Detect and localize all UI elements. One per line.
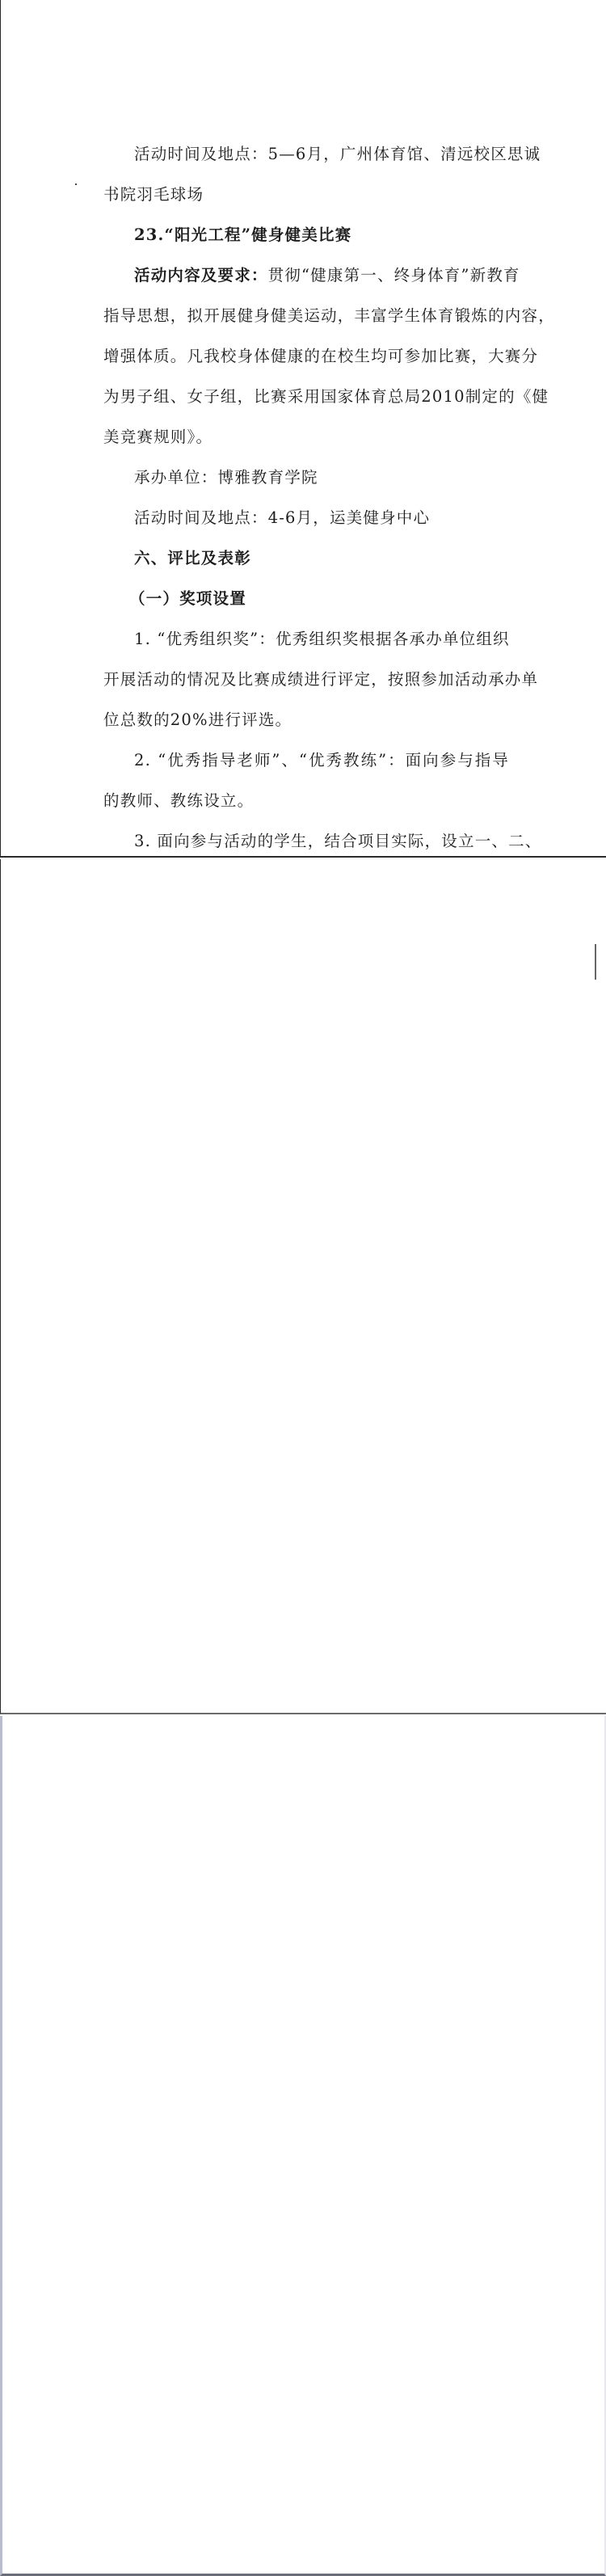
section-heading-6: 六、评比及表彰 — [134, 548, 509, 569]
body-line: 活动时间及地点：4-6月，运美健身中心 — [134, 508, 509, 529]
scan-edge-mark — [595, 944, 596, 980]
body-line: 位总数的20%进行评选。 — [103, 710, 509, 731]
body-line: 的教师、教练设立。 — [103, 791, 509, 812]
body-line: 1. “优秀组织奖”：优秀组织奖根据各承办单位组织 — [134, 629, 509, 650]
body-line: 活动时间及地点：5—6月，广州体育馆、清远校区思诚 — [134, 144, 509, 165]
body-line: 开展活动的情况及比赛成绩进行评定，按照参加活动承办单 — [103, 669, 509, 690]
scan-speck — [75, 183, 77, 185]
body-line: 书院羽毛球场 — [103, 184, 509, 205]
body-line: 承办单位：博雅教育学院 — [134, 467, 509, 488]
document-page-14 — [0, 859, 606, 1714]
subsection-heading-1: （一）奖项设置 — [129, 588, 504, 609]
item-heading-23: 23.“阳光工程”健身健美比赛 — [134, 225, 509, 246]
body-line: 为男子组、女子组，比赛采用国家体育总局2010制定的《健 — [103, 386, 509, 407]
body-line: 活动内容及要求：贯彻“健康第一、终身体育”新教育 — [134, 265, 509, 286]
content-label: 活动内容及要求： — [134, 266, 268, 285]
body-line: 2. “优秀指导老师”、“优秀教练”：面向参与指导 — [134, 750, 509, 771]
document-page-15 — [0, 1716, 606, 2576]
body-line: 指导思想，拟开展健身健美运动，丰富学生体育锻炼的内容， — [103, 306, 509, 327]
body-line: 美竞赛规则》。 — [103, 427, 509, 448]
content-text: 贯彻“健康第一、终身体育”新教育 — [268, 266, 520, 285]
body-line: 3. 面向参与活动的学生，结合项目实际，设立一、二、 — [134, 831, 509, 852]
body-line: 增强体质。凡我校身体健康的在校生均可参加比赛，大赛分 — [103, 346, 509, 367]
